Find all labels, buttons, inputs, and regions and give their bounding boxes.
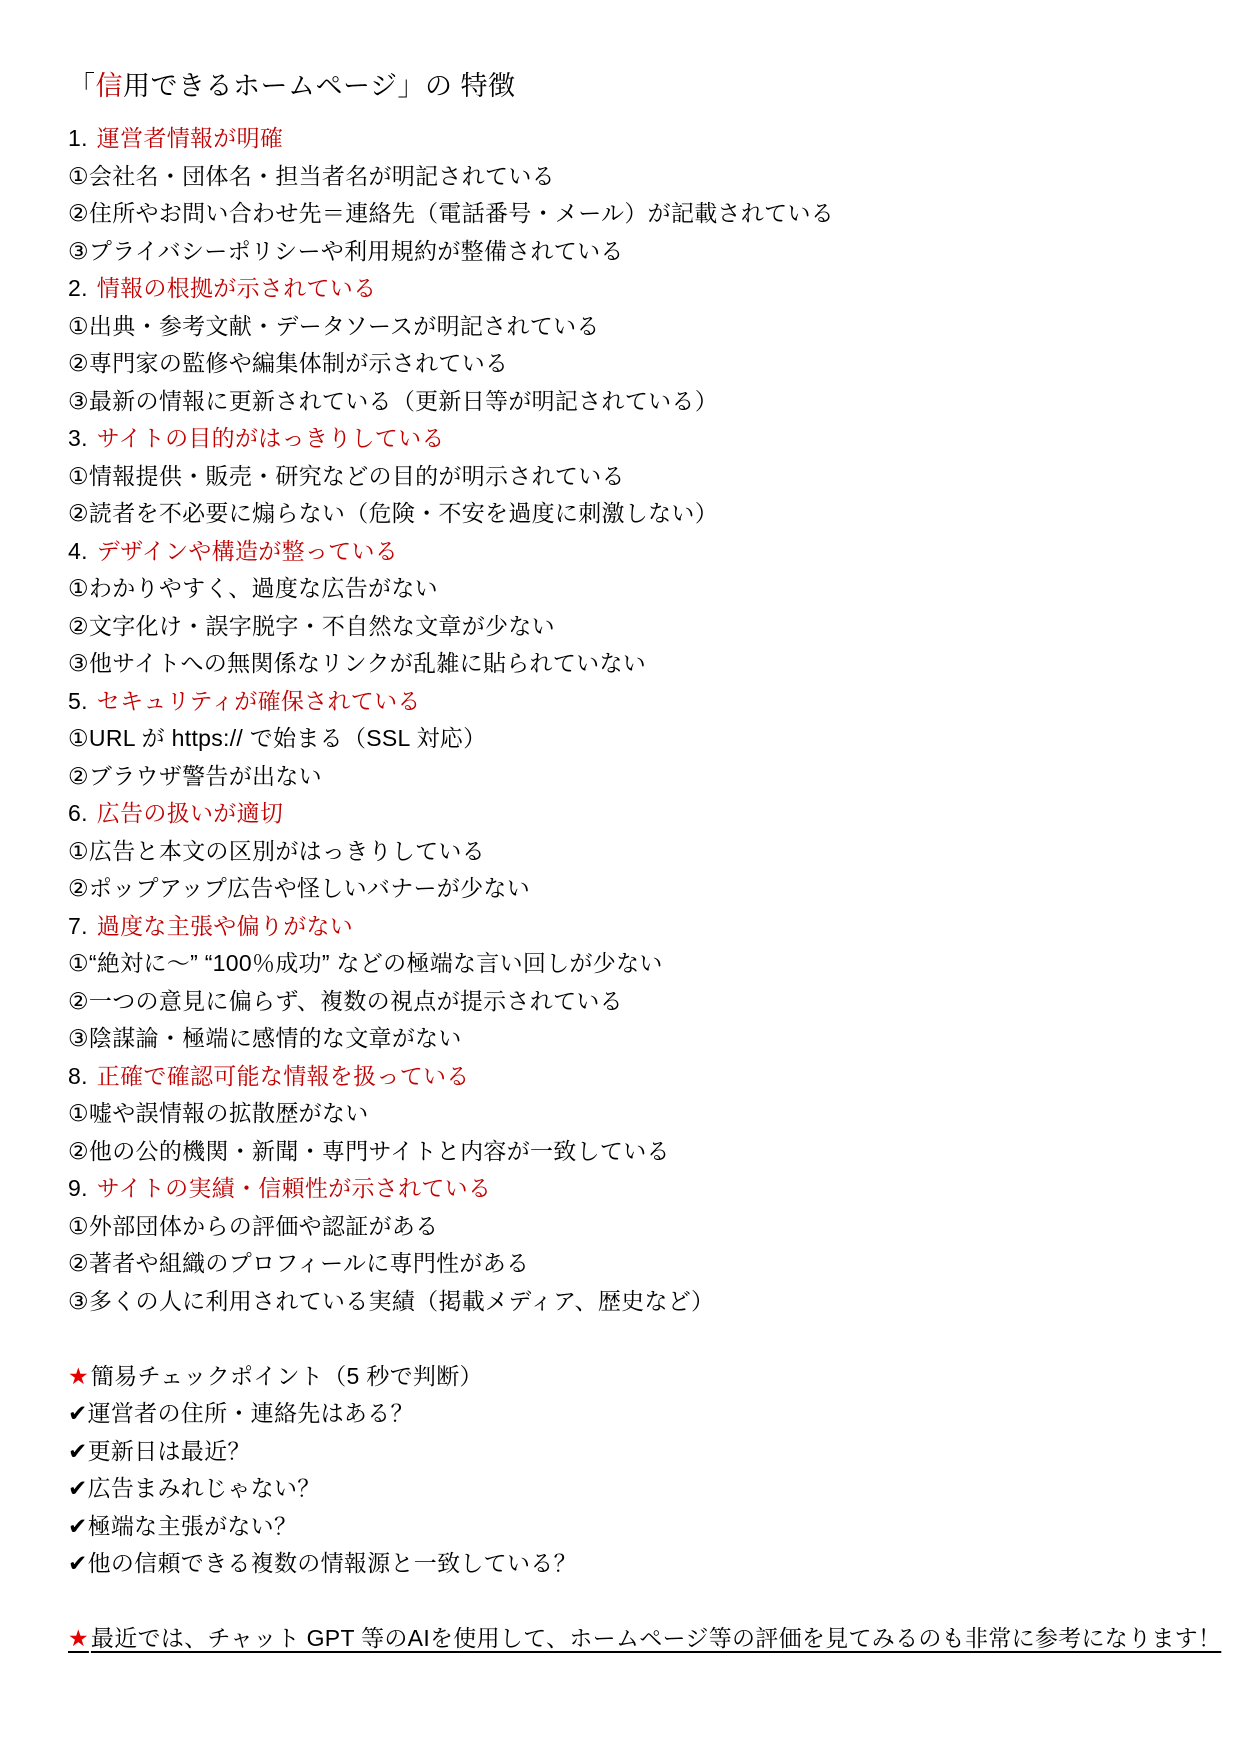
section-heading: 4.デザインや構造が整っている (68, 533, 1200, 571)
section-heading-text: 運営者情報が明確 (97, 125, 283, 151)
section-heading: 1.運営者情報が明確 (68, 120, 1200, 158)
section-item: ③陰謀論・極端に感情的な文章がない (68, 1020, 1200, 1058)
section-heading: 6.広告の扱いが適切 (68, 795, 1200, 833)
title-open-bracket: 「 (68, 71, 96, 101)
section-number: 6. (68, 800, 88, 826)
section-heading-text: サイトの実績・信頼性が示されている (97, 1175, 492, 1201)
section-heading-text: デザインや構造が整っている (97, 538, 398, 564)
section-heading: 5.セキュリティが確保されている (68, 683, 1200, 721)
section-number: 2. (68, 275, 88, 301)
section-item: ②専門家の監修や編集体制が示されている (68, 345, 1200, 383)
section-item: ③最新の情報に更新されている（更新日等が明記されている） (68, 383, 1200, 421)
checkpoint-item: ✔更新日は最近？ (68, 1433, 1200, 1471)
section-item: ②読者を不必要に煽らない（危険・不安を過度に刺激しない） (68, 495, 1200, 533)
section-item: ①嘘や誤情報の拡散歴がない (68, 1095, 1200, 1133)
section-heading: 2.情報の根拠が示されている (68, 270, 1200, 308)
section-item: ③プライバシーポリシーや利用規約が整備されている (68, 233, 1200, 271)
section-item: ②ポップアップ広告や怪しいバナーが少ない (68, 870, 1200, 908)
star-icon: ★ (68, 1625, 89, 1651)
section-item: ①URL が https:// で始まる（SSL 対応） (68, 720, 1200, 758)
blank-line (68, 1583, 1200, 1621)
checkpoint-item: ✔他の信頼できる複数の情報源と一致している？ (68, 1545, 1200, 1583)
section-heading: 7.過度な主張や偏りがない (68, 908, 1200, 946)
section-item: ①外部団体からの評価や認証がある (68, 1208, 1200, 1246)
star-icon: ★ (68, 1363, 89, 1389)
blank-line (68, 1320, 1200, 1358)
section-number: 1. (68, 125, 88, 151)
section-item: ①わかりやすく、過度な広告がない (68, 570, 1200, 608)
section-number: 8. (68, 1063, 88, 1089)
section-item: ②著者や組織のプロフィールに専門性がある (68, 1245, 1200, 1283)
document-page: 「信用できるホームページ」の 特徴 1.運営者情報が明確 ①会社名・団体名・担当… (0, 0, 1240, 1755)
section-heading-text: 正確で確認可能な情報を扱っている (97, 1063, 470, 1089)
section-item: ①広告と本文の区別がはっきりしている (68, 833, 1200, 871)
section-item: ①情報提供・販売・研究などの目的が明示されている (68, 458, 1200, 496)
section-item: ②文字化け・誤字脱字・不自然な文章が少ない (68, 608, 1200, 646)
section-item: ①出典・参考文献・データソースが明記されている (68, 308, 1200, 346)
section-heading: 3.サイトの目的がはっきりしている (68, 420, 1200, 458)
section-number: 3. (68, 425, 88, 451)
footer-note-text: 最近では、チャット GPT 等のAIを使用して、ホームページ等の評価を見てみるの… (91, 1625, 1221, 1651)
title-highlight-char: 信 (96, 71, 124, 101)
section-number: 7. (68, 913, 88, 939)
checkpoint-item: ✔広告まみれじゃない？ (68, 1470, 1200, 1508)
section-item: ②一つの意見に偏らず、複数の視点が提示されている (68, 983, 1200, 1021)
checkpoint-item: ✔運営者の住所・連絡先はある？ (68, 1395, 1200, 1433)
section-number: 4. (68, 538, 88, 564)
section-heading: 8.正確で確認可能な情報を扱っている (68, 1058, 1200, 1096)
checkpoint-item: ✔極端な主張がない？ (68, 1508, 1200, 1546)
page-title: 「信用できるホームページ」の 特徴 (68, 68, 1200, 104)
section-heading-text: セキュリティが確保されている (97, 688, 421, 714)
section-item: ①“絶対に～” “100％成功” などの極端な言い回しが少ない (68, 945, 1200, 983)
checkpoint-title: ★簡易チェックポイント（5 秒で判断） (68, 1358, 1200, 1396)
title-rest: 用できるホームページ」の 特徴 (123, 71, 515, 101)
section-heading-text: 広告の扱いが適切 (97, 800, 283, 826)
section-number: 5. (68, 688, 88, 714)
footer-note: ★最近では、チャット GPT 等のAIを使用して、ホームページ等の評価を見てみる… (68, 1620, 1200, 1658)
section-item: ②ブラウザ警告が出ない (68, 758, 1200, 796)
section-item: ①会社名・団体名・担当者名が明記されている (68, 158, 1200, 196)
section-heading: 9.サイトの実績・信頼性が示されている (68, 1170, 1200, 1208)
section-item: ②他の公的機関・新聞・専門サイトと内容が一致している (68, 1133, 1200, 1171)
checkpoint-title-text: 簡易チェックポイント（5 秒で判断） (91, 1363, 483, 1389)
section-heading-text: サイトの目的がはっきりしている (97, 425, 445, 451)
section-item: ③他サイトへの無関係なリンクが乱雑に貼られていない (68, 645, 1200, 683)
section-item: ②住所やお問い合わせ先＝連絡先（電話番号・メール）が記載されている (68, 195, 1200, 233)
section-heading-text: 情報の根拠が示されている (97, 275, 377, 301)
section-item: ③多くの人に利用されている実績（掲載メディア、歴史など） (68, 1283, 1200, 1321)
section-number: 9. (68, 1175, 88, 1201)
section-heading-text: 過度な主張や偏りがない (97, 913, 353, 939)
